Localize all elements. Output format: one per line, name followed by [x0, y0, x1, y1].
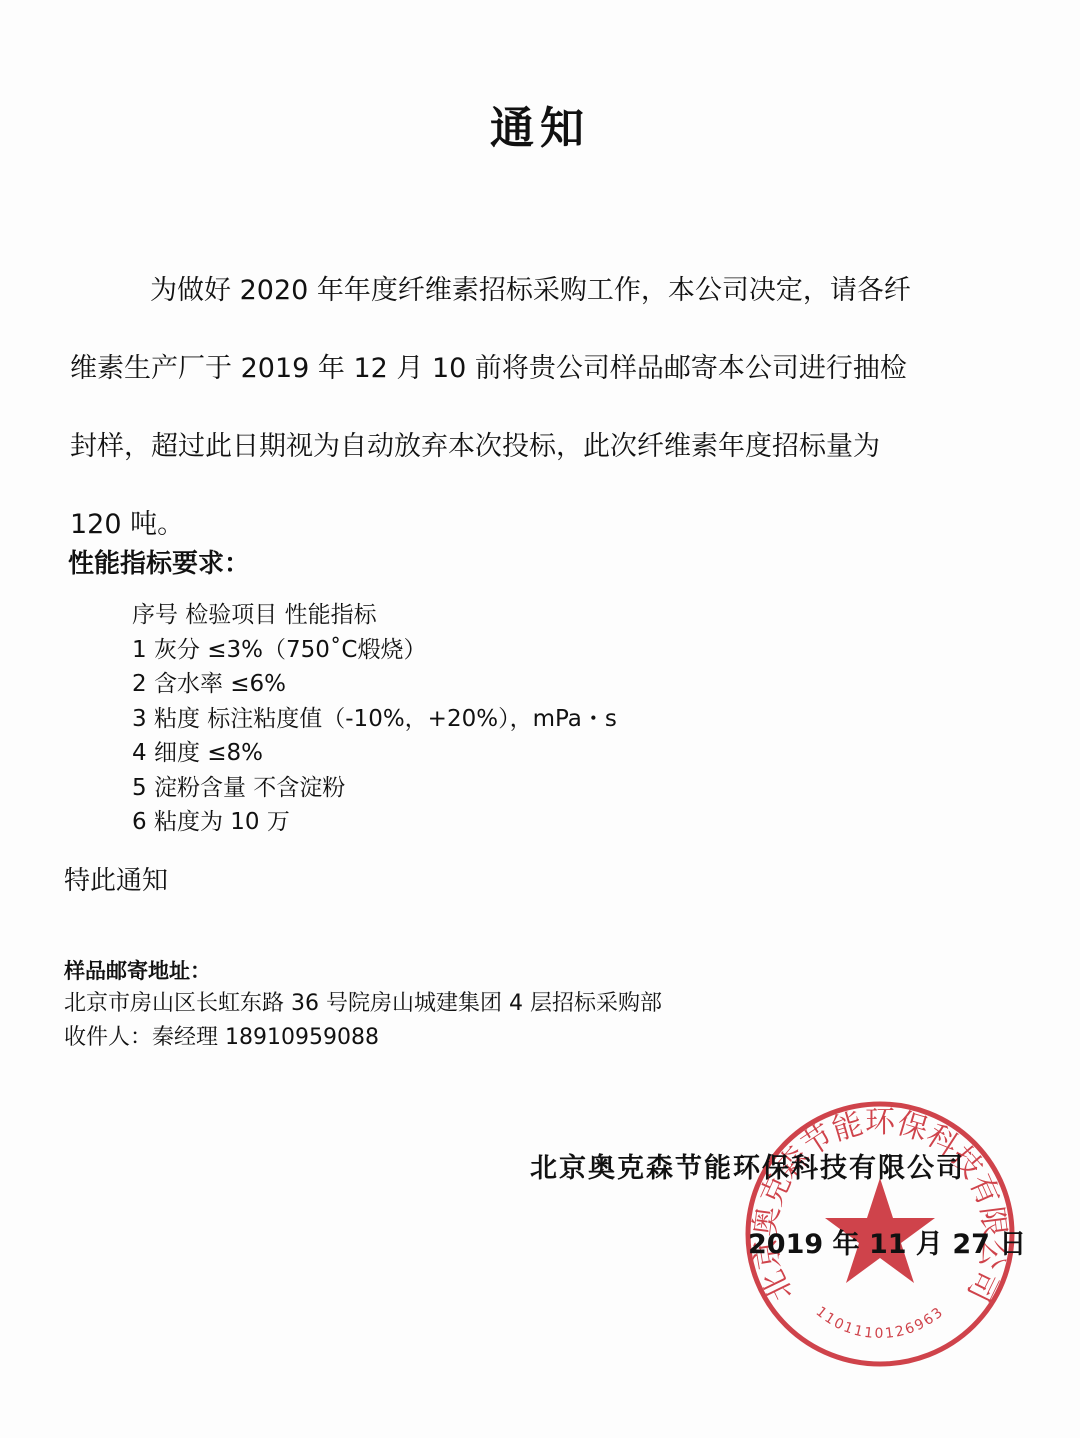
- spec-row: 3 粘度 标注粘度值（-10%，+20%），mPa・s: [132, 702, 617, 737]
- document-page: 通知 为做好 2020 年年度纤维素招标采购工作，本公司决定，请各纤 维素生产厂…: [0, 0, 1080, 1438]
- svg-text:1101110126963: 1101110126963: [813, 1304, 948, 1342]
- company-signature: 北京奥克森节能环保科技有限公司: [530, 1146, 965, 1185]
- spec-header: 序号 检验项目 性能指标: [132, 598, 617, 633]
- spec-table: 序号 检验项目 性能指标 1 灰分 ≤3%（750˚C煅烧） 2 含水率 ≤6%…: [132, 598, 617, 840]
- paragraph-line: 维素生产厂于 2019 年 12 月 10 前将贵公司样品邮寄本公司进行抽检: [70, 330, 1010, 408]
- address-heading: 样品邮寄地址：: [64, 955, 211, 985]
- page-title: 通知: [0, 92, 1080, 156]
- paragraph-line: 为做好 2020 年年度纤维素招标采购工作，本公司决定，请各纤: [70, 252, 1010, 330]
- paragraph-line: 封样，超过此日期视为自动放弃本次投标，此次纤维素年度招标量为: [70, 408, 1010, 486]
- spec-row: 6 粘度为 10 万: [132, 805, 617, 840]
- spec-row: 2 含水率 ≤6%: [132, 667, 617, 702]
- spec-row: 4 细度 ≤8%: [132, 736, 617, 771]
- recipient-line: 收件人：秦经理 18910959088: [64, 1021, 662, 1055]
- signature-date: 2019 年 11 月 27 日: [748, 1222, 1026, 1261]
- address-line: 北京市房山区长虹东路 36 号院房山城建集团 4 层招标采购部: [64, 987, 662, 1021]
- spec-row: 1 灰分 ≤3%（750˚C煅烧）: [132, 633, 617, 668]
- spec-row: 5 淀粉含量 不含淀粉: [132, 771, 617, 806]
- address-block: 北京市房山区长虹东路 36 号院房山城建集团 4 层招标采购部 收件人：秦经理 …: [64, 987, 662, 1055]
- spec-heading: 性能指标要求：: [68, 543, 250, 580]
- closing-text: 特此通知: [64, 860, 168, 897]
- body-paragraph: 为做好 2020 年年度纤维素招标采购工作，本公司决定，请各纤 维素生产厂于 2…: [70, 252, 1010, 564]
